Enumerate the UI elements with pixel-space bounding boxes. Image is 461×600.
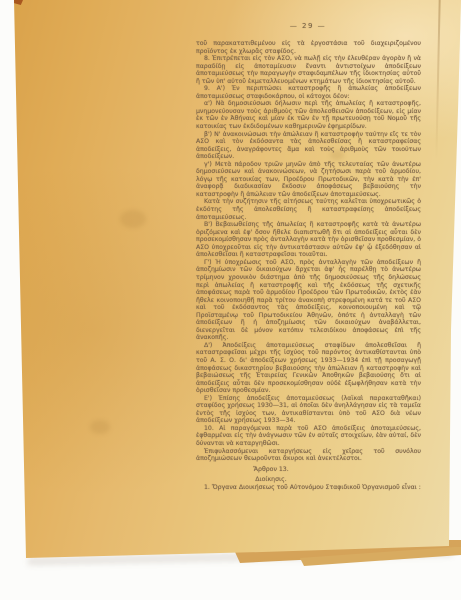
paragraph: Β') Βεβαιωθείσης τῆς ἀπωλείας ἢ καταστρο… — [196, 221, 421, 259]
paragraph: γ') Μετὰ πάροδον τριῶν μηνῶν ἀπὸ τῆς τελ… — [196, 161, 421, 199]
scanned-page: — 29 — τοῦ παρακατατιθεμένου εἰς τὰ ἐργο… — [0, 0, 461, 600]
paper-stain — [90, 420, 110, 434]
paper-stain — [120, 210, 146, 228]
paragraph: Ε') Ἐπίσης ἀποδείξεις ἀποταμιεύσεως (λαϊ… — [196, 395, 421, 425]
text-column: τοῦ παρακατατιθεμένου εἰς τὰ ἐργοστάσια … — [196, 40, 421, 491]
paragraph: Ἐπιφυλασσόμεναι καταργήσεως εἰς χεῖρας τ… — [196, 448, 421, 463]
paragraph: 1. Ὄργανα Διοικήσεως τοῦ Αὐτονόμου Σταφι… — [196, 484, 421, 492]
paragraph: Γ') Ἡ ὑποχρέωσις τοῦ ΑΣΟ, πρὸς ἀνταλλαγὴ… — [196, 259, 421, 342]
paper-crease — [435, 0, 440, 160]
paragraph: Κατὰ τὴν συζήτησιν τῆς αἰτήσεως ταύτης κ… — [196, 198, 421, 221]
page-number: — 29 — — [196, 22, 420, 30]
paragraph: Δ') Ἀποδείξεις ἀποταμιεύσεως σταφίδων ἀπ… — [196, 342, 421, 395]
heading-line: Ἄρθρον 13. — [196, 466, 421, 474]
corner-tape-mark — [13, 0, 23, 5]
paragraph: 10. Αἱ παραγόμεναι παρὰ τοῦ ΑΣΟ ἀποδείξε… — [196, 425, 421, 448]
heading-line: Διοίκησις. — [196, 476, 421, 484]
paragraph: β') Ν' ἀνακοινώσωσι τὴν ἀπώλειαν ἢ κατασ… — [196, 131, 421, 161]
paragraph: 8. Ἐπιτρέπεται εἰς τὸν ΑΣΟ, νὰ πωλῇ εἰς … — [196, 55, 421, 85]
paragraph: 9. Α') Ἐν περιπτώσει καταστροφῆς ἢ ἀπωλε… — [196, 85, 421, 100]
paragraph: τοῦ παρακατατιθεμένου εἰς τὰ ἐργοστάσια … — [196, 40, 421, 55]
paragraph: α') Νὰ δημοσιεύσωσι δήλωσιν περὶ τῆς ἀπω… — [196, 100, 421, 130]
